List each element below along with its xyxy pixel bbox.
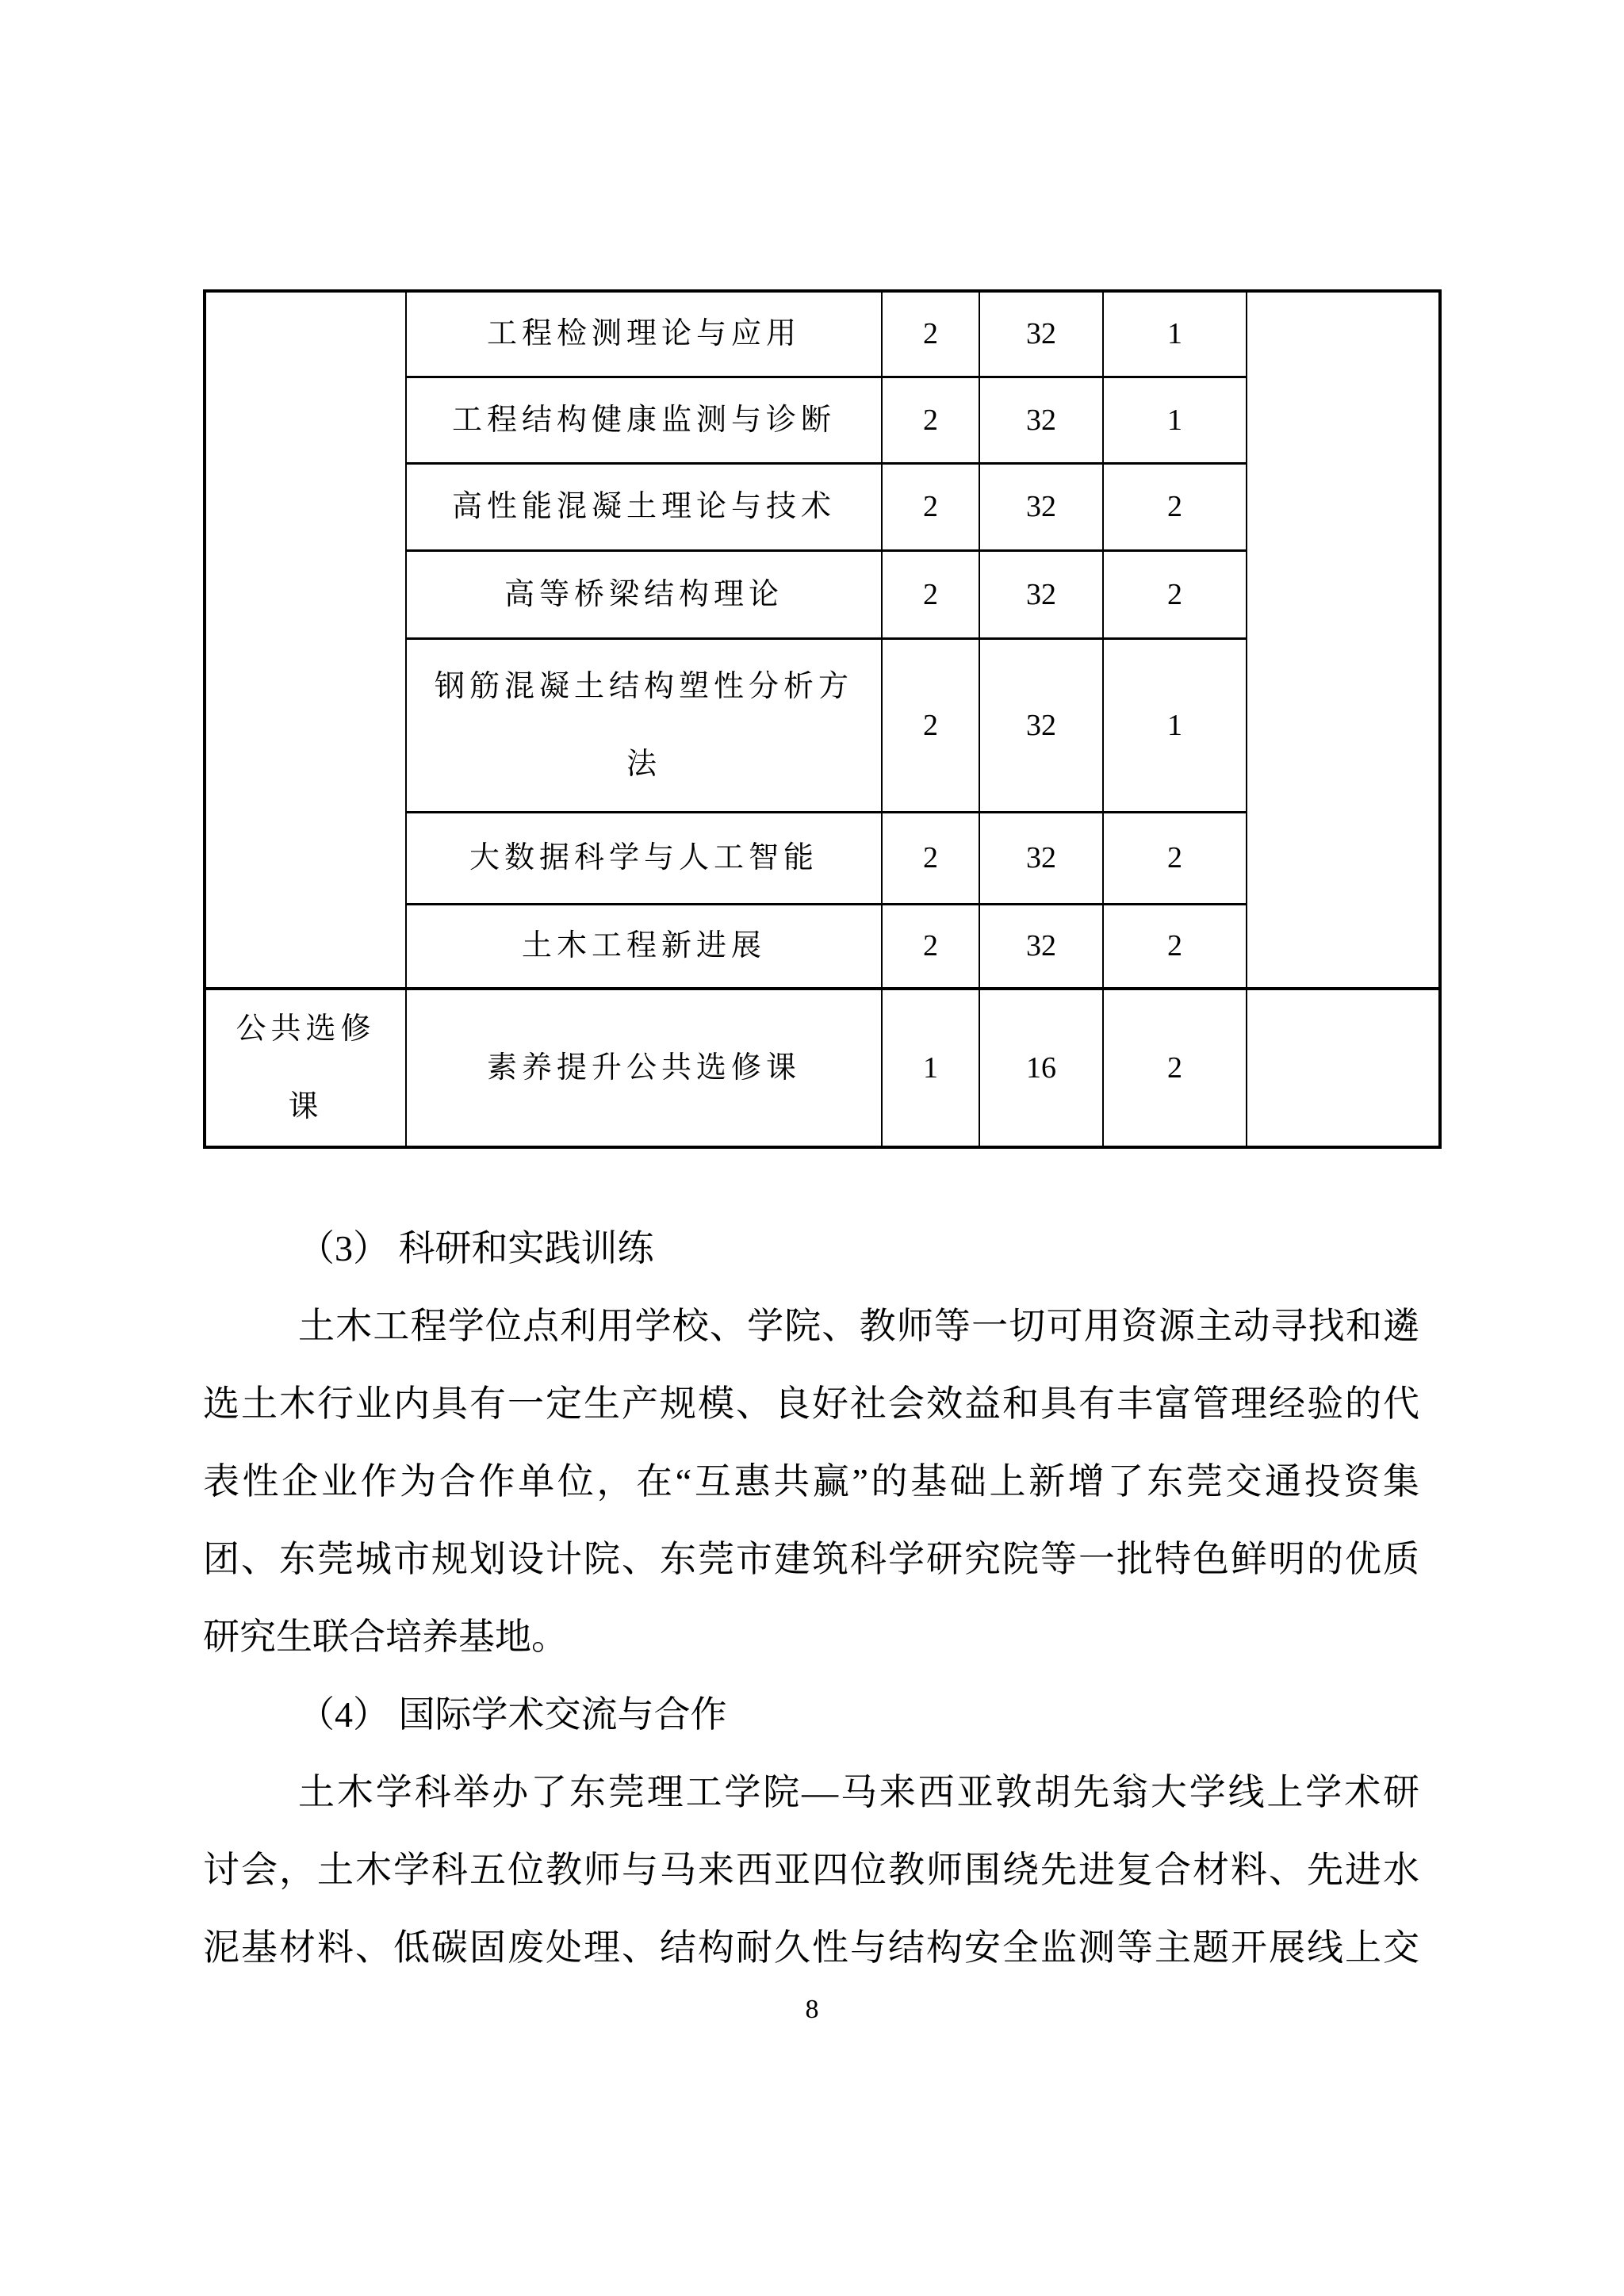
- table-cell-course: 工程检测理论与应用: [406, 291, 882, 377]
- table-cell-course: 钢筋混凝土结构塑性分析方法: [406, 638, 882, 812]
- table-cell-credits: 2: [882, 638, 979, 812]
- page-number: 8: [0, 1992, 1624, 2028]
- body-text: （3） 科研和实践训练 土木工程学位点利用学校、学院、教师等一切可用资源主动寻找…: [203, 1210, 1419, 1987]
- table-cell-hours: 32: [979, 638, 1103, 812]
- paragraph-line: 研究生联合培养基地。: [203, 1598, 1419, 1676]
- table-cell-semester: 2: [1103, 904, 1247, 989]
- table-cell-semester: 2: [1103, 550, 1247, 638]
- paragraph-line: 泥基材料、低碳固废处理、结构耐久性与结构安全监测等主题开展线上交: [203, 1909, 1419, 1987]
- table-cell-course: 土木工程新进展: [406, 904, 882, 989]
- table-cell-semester: 1: [1103, 291, 1247, 377]
- section-heading: （4） 国际学术交流与合作: [203, 1676, 1419, 1754]
- paragraph-line: 表性企业作为合作单位，在“互惠共赢”的基础上新增了东莞交通投资集: [203, 1443, 1419, 1521]
- table-cell-hours: 32: [979, 377, 1103, 463]
- table-cell-hours: 32: [979, 812, 1103, 904]
- table-cell-credits: 2: [882, 291, 979, 377]
- table-cell-category-merged: [205, 291, 406, 989]
- table-cell-course: 大数据科学与人工智能: [406, 812, 882, 904]
- paragraph-line: 土木工程学位点利用学校、学院、教师等一切可用资源主动寻找和遴: [203, 1288, 1419, 1365]
- paragraph-line: 土木学科举办了东莞理工学院—马来西亚敦胡先翁大学线上学术研: [203, 1754, 1419, 1831]
- table-row: 公共选修课 素养提升公共选修课 1 16 2: [205, 989, 1440, 1147]
- table-cell-credits: 2: [882, 904, 979, 989]
- table-cell-hours: 16: [979, 989, 1103, 1147]
- table-cell-credits: 2: [882, 550, 979, 638]
- table-cell-credits: 2: [882, 463, 979, 550]
- paragraph-line: 讨会，土木学科五位教师与马来西亚四位教师围绕先进复合材料、先进水: [203, 1831, 1419, 1909]
- table-cell-category: 公共选修课: [205, 989, 406, 1147]
- table-cell-course: 工程结构健康监测与诊断: [406, 377, 882, 463]
- table-cell-course: 素养提升公共选修课: [406, 989, 882, 1147]
- table-cell-semester: 1: [1103, 377, 1247, 463]
- course-table: 工程检测理论与应用 2 32 1 工程结构健康监测与诊断 2 32 1 高性能混…: [203, 289, 1442, 1149]
- table-cell-hours: 32: [979, 550, 1103, 638]
- table-cell-semester: 2: [1103, 812, 1247, 904]
- document-page: { "table": { "rows": [ { "category": "",…: [0, 0, 1624, 2296]
- table-cell-course: 高性能混凝土理论与技术: [406, 463, 882, 550]
- table-cell-semester: 1: [1103, 638, 1247, 812]
- table-cell-hours: 32: [979, 463, 1103, 550]
- table-cell-note: [1247, 989, 1440, 1147]
- table-cell-hours: 32: [979, 904, 1103, 989]
- table-cell-semester: 2: [1103, 463, 1247, 550]
- table-cell-note-merged: [1247, 291, 1440, 989]
- table-row: 工程检测理论与应用 2 32 1: [205, 291, 1440, 377]
- paragraph-line: 团、东莞城市规划设计院、东莞市建筑科学研究院等一批特色鲜明的优质: [203, 1521, 1419, 1598]
- table-cell-credits: 1: [882, 989, 979, 1147]
- table-cell-course: 高等桥梁结构理论: [406, 550, 882, 638]
- paragraph-line: 选土木行业内具有一定生产规模、良好社会效益和具有丰富管理经验的代: [203, 1365, 1419, 1443]
- table-cell-credits: 2: [882, 377, 979, 463]
- table-cell-hours: 32: [979, 291, 1103, 377]
- table-cell-credits: 2: [882, 812, 979, 904]
- section-heading: （3） 科研和实践训练: [203, 1210, 1419, 1288]
- table-cell-semester: 2: [1103, 989, 1247, 1147]
